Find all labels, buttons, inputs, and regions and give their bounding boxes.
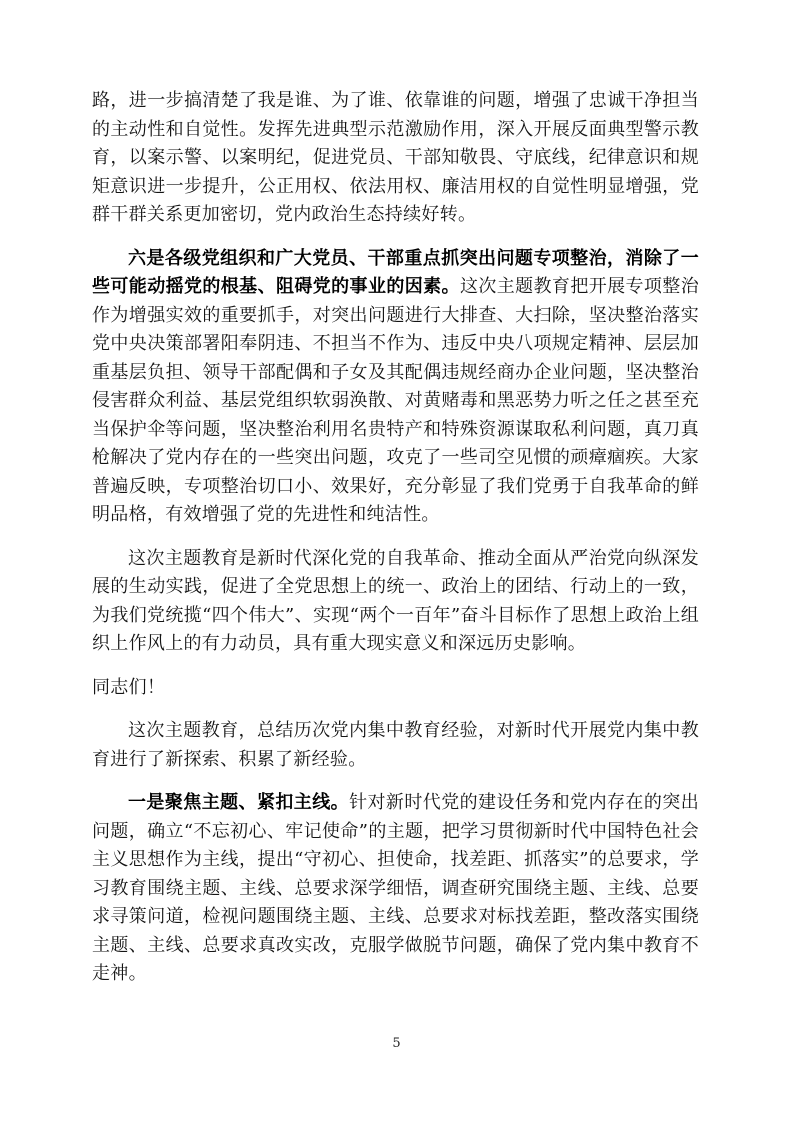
paragraph: 一是聚焦主题、紧扣主线。针对新时代党的建设任务和党内存在的突出问题，确立“不忘初… <box>92 789 699 989</box>
paragraph-text: 这次主题教育是新时代深化党的自我革命、推动全面从严治党向纵深发展的生动实践，促进… <box>92 548 699 655</box>
paragraph: 这次主题教育是新时代深化党的自我革命、推动全面从严治党向纵深发展的生动实践，促进… <box>92 545 699 659</box>
paragraph-text: 这次主题教育把开展专项整治作为增强实效的重要抓手，对突出问题进行大排查、大扫除，… <box>92 276 699 525</box>
paragraph-text: 针对新时代党的建设任务和党内存在的突出问题，确立“不忘初心、牢记使命”的主题，把… <box>92 792 699 984</box>
paragraph-text: 路，进一步搞清楚了我是谁、为了谁、依靠谁的问题，增强了忠诚干净担当的主动性和自觉… <box>92 90 699 225</box>
paragraph-bold-lead: 一是聚焦主题、紧扣主线。 <box>128 792 349 813</box>
paragraph-salutation: 同志们！ <box>92 674 699 703</box>
paragraph: 这次主题教育，总结历次党内集中教育经验，对新时代开展党内集中教育进行了新探索、积… <box>92 717 699 774</box>
document-body: 路，进一步搞清楚了我是谁、为了谁、依靠谁的问题，增强了忠诚干净担当的主动性和自觉… <box>92 87 699 989</box>
paragraph-text: 同志们！ <box>92 677 165 698</box>
paragraph: 六是各级党组织和广大党员、干部重点抓突出问题专项整治，消除了一些可能动摇党的根基… <box>92 245 699 530</box>
document-page: 路，进一步搞清楚了我是谁、为了谁、依靠谁的问题，增强了忠诚干净担当的主动性和自觉… <box>0 0 793 1122</box>
paragraph: 路，进一步搞清楚了我是谁、为了谁、依靠谁的问题，增强了忠诚干净担当的主动性和自觉… <box>92 87 699 230</box>
page-number: 5 <box>0 1036 793 1052</box>
paragraph-text: 这次主题教育，总结历次党内集中教育经验，对新时代开展党内集中教育进行了新探索、积… <box>92 720 699 770</box>
